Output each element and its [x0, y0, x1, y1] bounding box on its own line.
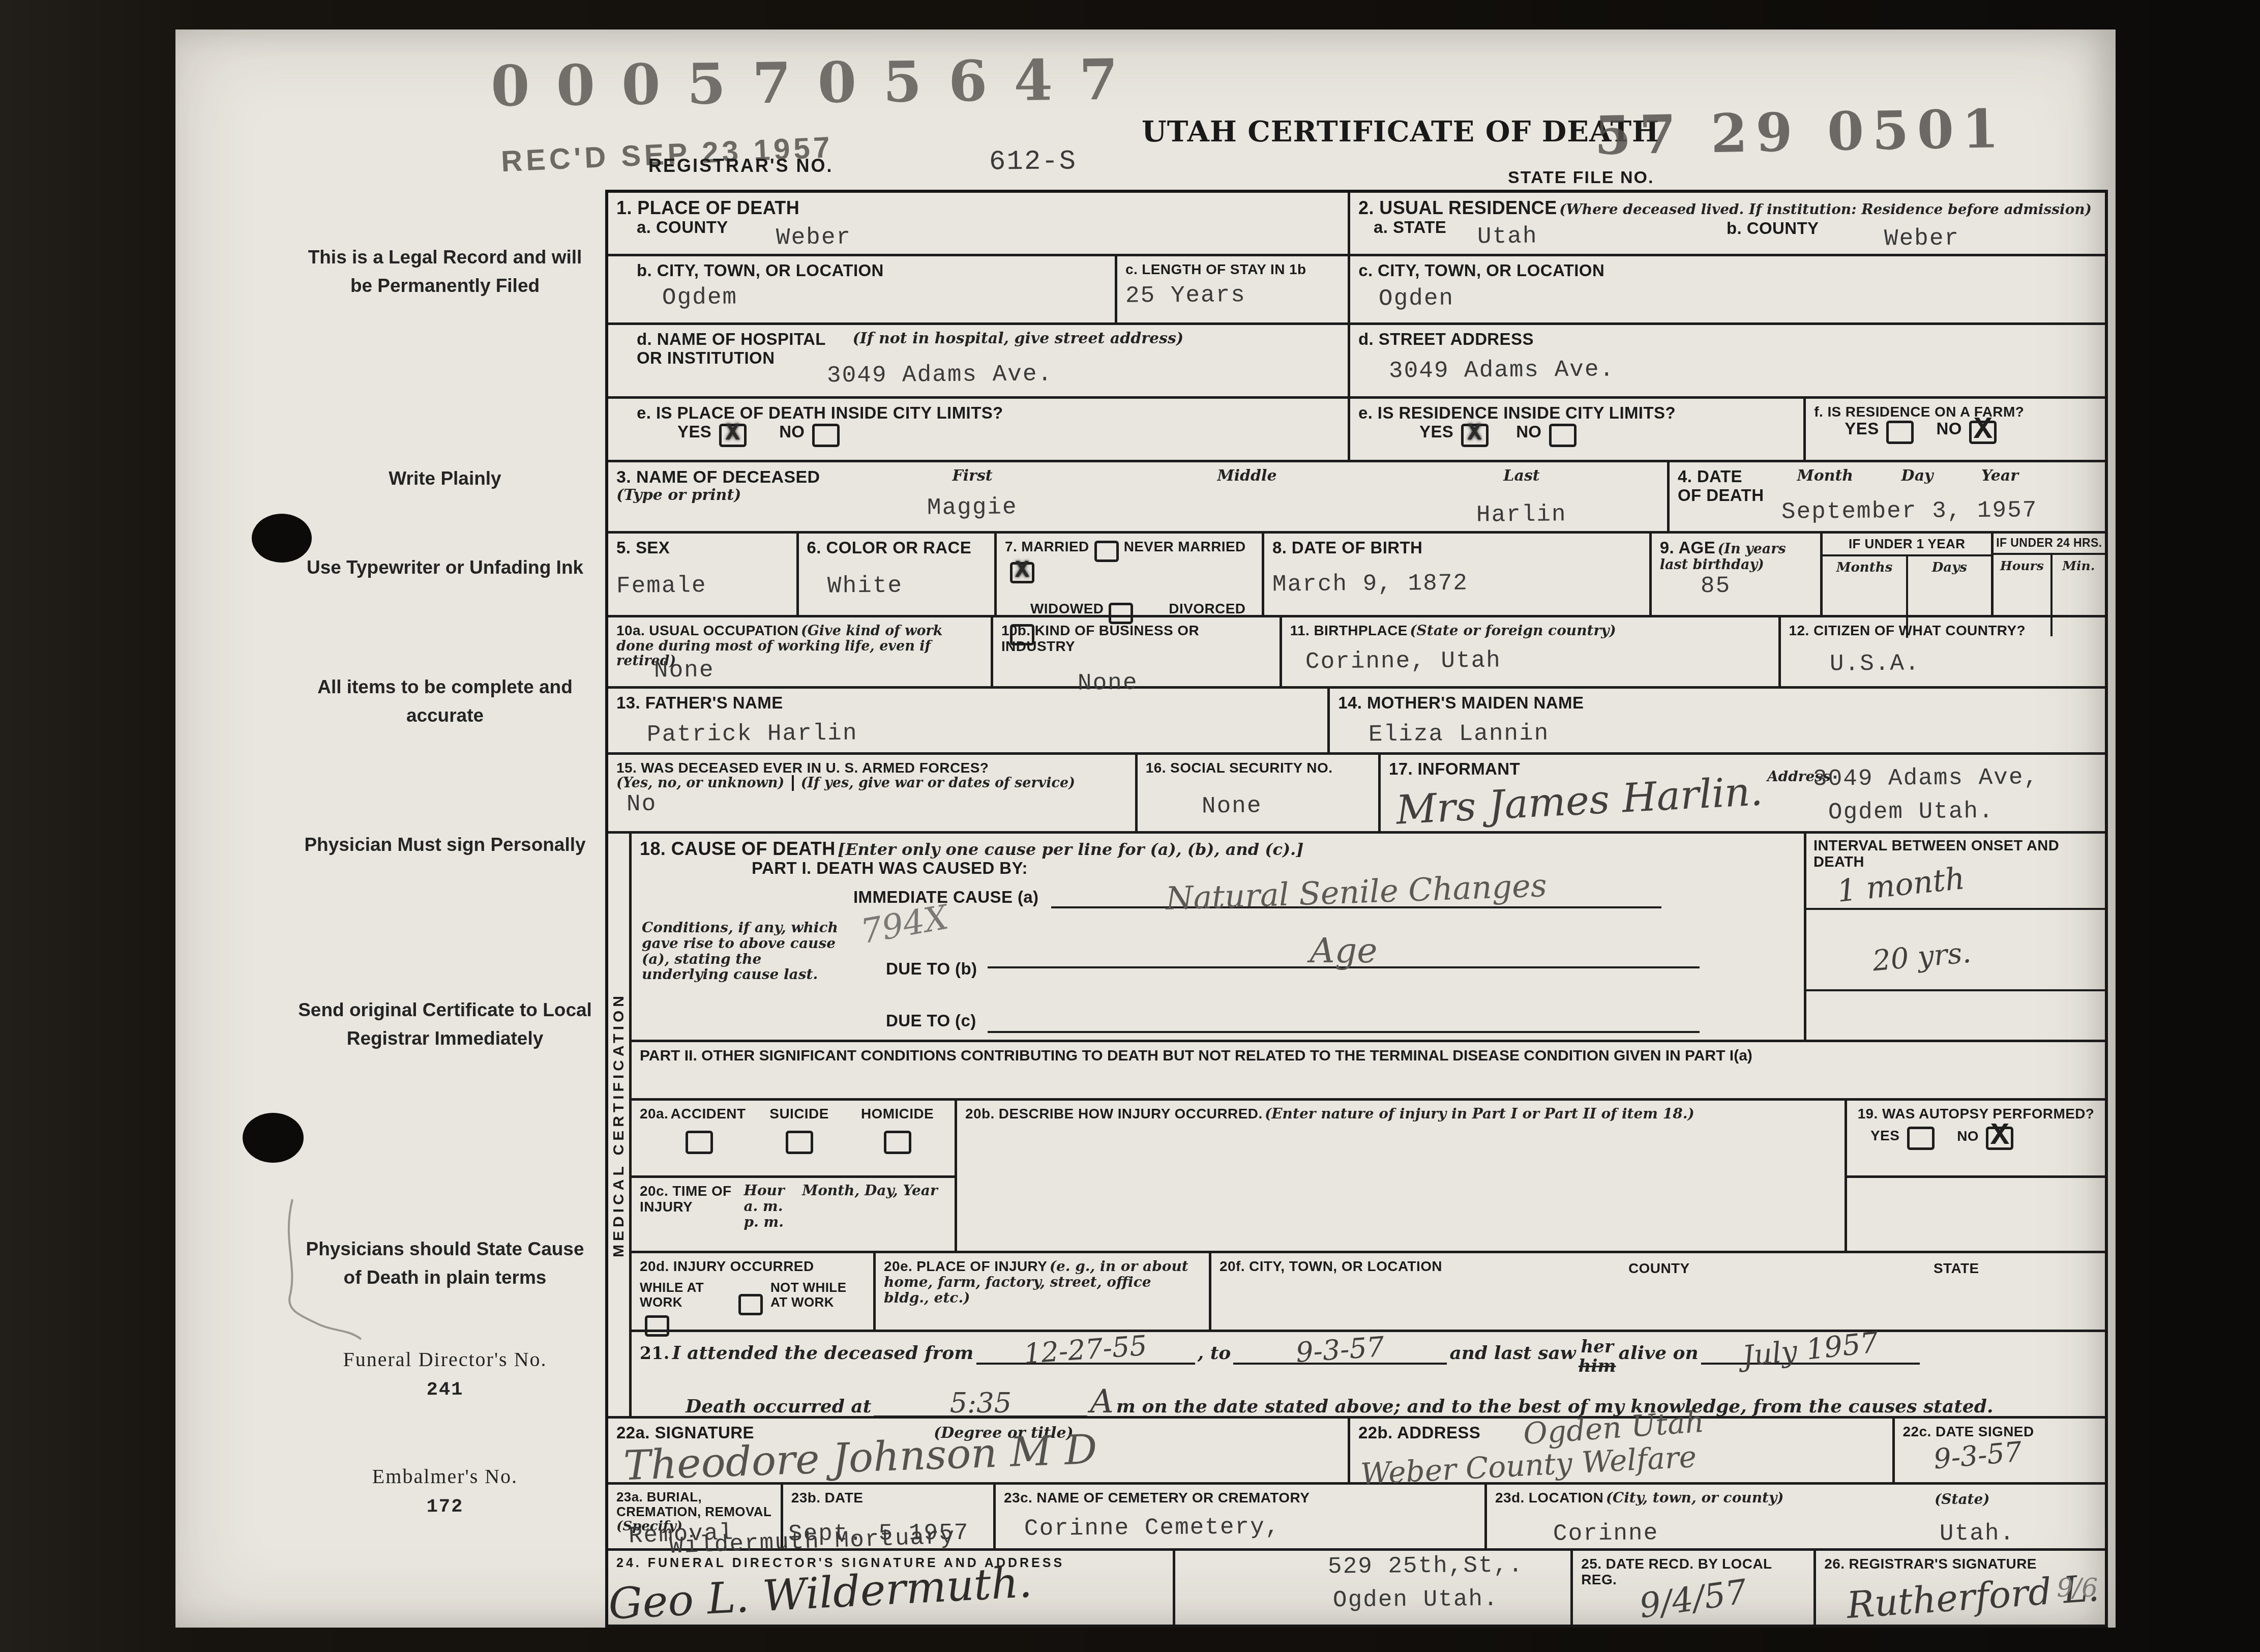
field-12-value: U.S.A.: [1829, 651, 1920, 677]
field-15-hint1: (Yes, no, or unknown): [616, 775, 784, 791]
margin-note-complete-accurate: All items to be complete and accurate: [298, 673, 592, 729]
field-3-first-value: Maggie: [927, 494, 1018, 521]
funeral-director-no-label: Funeral Director's No.: [298, 1344, 592, 1375]
margin-note-physician-sign: Physician Must sign Personally: [298, 831, 592, 859]
field-2f-yes-label: YES: [1845, 419, 1879, 438]
alive-on-line: July 1957: [1701, 1337, 1920, 1365]
embalmer-no-label: Embalmer's No.: [298, 1461, 592, 1492]
field-9-days-label: Days: [1932, 560, 1967, 575]
field-15-armed-forces: 15. WAS DECEASED EVER IN U. S. ARMED FOR…: [608, 755, 1138, 831]
field-1d-hint: (If not in hospital, give street address…: [852, 330, 1183, 347]
field-2f-no-label: NO: [1936, 419, 1961, 438]
margin-note-typewriter: Use Typewriter or Unfading Ink: [298, 553, 592, 582]
field-21-text6: m on the date stated above; and to the b…: [1116, 1396, 1994, 1417]
field-23d-hint2: (State): [1935, 1492, 1990, 1508]
field-20e-title: 20e. PLACE OF INJURY: [884, 1258, 1047, 1274]
field-2c-value: Ogden: [1379, 285, 1454, 312]
field-18-part1-label: PART I. DEATH WAS CAUSED BY:: [752, 859, 1028, 877]
margin-note-legal-record: This is a Legal Record and will be Perma…: [298, 243, 592, 300]
field-10a-occupation: 10a. USUAL OCCUPATION (Give kind of work…: [608, 617, 993, 686]
due-c-line: [988, 1000, 1700, 1033]
field-20a-suicide-label: SUICIDE: [769, 1106, 828, 1122]
field-16-title: 16. SOCIAL SECURITY NO.: [1146, 760, 1333, 776]
autopsy-no-checkbox: X: [1986, 1127, 2013, 1150]
serial-number-stamp: 0005705647: [490, 46, 1145, 119]
field-20d-at-work-label: WHILE AT WORK: [640, 1280, 704, 1310]
field-1b-city: b. CITY, TOWN, OR LOCATION Ogdem: [608, 256, 1117, 322]
field-2c-label: c. CITY, TOWN, OR LOCATION: [1358, 261, 1604, 280]
field-23a-title: 23a. BURIAL, CREMATION, REMOVAL: [616, 1489, 771, 1519]
field-9-value: 85: [1701, 572, 1731, 599]
field-10b-title: 10b. KIND OF BUSINESS OR INDUSTRY: [1001, 623, 1199, 654]
field-4-value: September 3, 1957: [1781, 497, 2038, 525]
field-24-funeral-director: Wildermuth Mortuary 24. FUNERAL DIRECTOR…: [608, 1551, 1175, 1625]
field-3-middle-label: Middle: [1217, 467, 1276, 485]
field-9-under1-label: IF UNDER 1 YEAR: [1823, 534, 1991, 556]
field-11-birthplace: 11. BIRTHPLACE (State or foreign country…: [1282, 617, 1781, 686]
field-7-married-label: MARRIED: [1021, 539, 1089, 554]
field-2e-label: e. IS RESIDENCE INSIDE CITY LIMITS?: [1358, 403, 1676, 422]
field-2f-no-checkbox: X: [1969, 421, 1997, 444]
field-14-mothers-maiden-name: 14. MOTHER'S MAIDEN NAME Eliza Lannin: [1330, 689, 2105, 752]
attended-to-line: 9-3-57: [1233, 1338, 1447, 1365]
field-1-title: 1. PLACE OF DEATH: [616, 197, 799, 218]
margin-note-send-original: Send original Certificate to Local Regis…: [298, 996, 592, 1052]
field-20e-place-of-injury: 20e. PLACE OF INJURY (e. g., in or about…: [876, 1253, 1211, 1330]
field-2e-yes-label: YES: [1419, 422, 1453, 441]
field-23c-cemetery: 23c. NAME OF CEMETERY OR CREMATORY Corin…: [996, 1485, 1487, 1548]
field-4-month-label: Month: [1797, 467, 1853, 485]
date-received-value: 9/4/57: [1637, 1572, 1749, 1626]
field-20b-hint: (Enter nature of injury in Part I or Par…: [1265, 1105, 1694, 1122]
field-9-months-label: Months: [1836, 560, 1893, 575]
field-2b-value: Weber: [1884, 225, 1959, 252]
field-2f-yes-checkbox: [1886, 421, 1914, 444]
field-13-title: 13. FATHER'S NAME: [616, 693, 783, 712]
field-2f-no-mark: X: [1974, 411, 1993, 448]
him-word-struck: him: [1579, 1357, 1616, 1376]
field-17-title: 17. INFORMANT: [1389, 759, 1520, 778]
field-26-registrar-signature: 26. REGISTRAR'S SIGNATURE Rutherford L. …: [1816, 1551, 2105, 1625]
state-file-no-label: STATE FILE NO.: [1508, 168, 1654, 187]
her-word: her: [1579, 1338, 1616, 1356]
field-1e-no-label: NO: [779, 422, 805, 441]
field-1e-yes-mark: X: [726, 420, 740, 447]
field-25-date-recd-local-reg: 25. DATE RECD. BY LOCAL REG. 9/4/57: [1573, 1551, 1816, 1625]
her-him-correction: her him: [1579, 1338, 1616, 1376]
field-21-num: 21.: [640, 1343, 670, 1363]
field-11-value: Corinne, Utah: [1305, 647, 1501, 675]
field-6-color-or-race: 6. COLOR OR RACE White: [799, 534, 997, 615]
field-8-title: 8. DATE OF BIRTH: [1272, 538, 1422, 557]
field-22c-date-signed: 22c. DATE SIGNED 9-3-57: [1895, 1419, 2105, 1482]
field-2e-yes-mark: X: [1468, 420, 1482, 447]
field-8-date-of-birth: 8. DATE OF BIRTH March 9, 1872: [1264, 534, 1652, 615]
field-18-conditions-note: Conditions, if any, which gave rise to a…: [642, 920, 845, 983]
field-1e-label: e. IS PLACE OF DEATH INSIDE CITY LIMITS?: [637, 403, 1003, 422]
field-1e-yes-label: YES: [677, 422, 711, 441]
field-2e-no-label: NO: [1516, 422, 1541, 441]
field-2d-label: d. STREET ADDRESS: [1358, 330, 1534, 348]
field-2e-no-checkbox: [1549, 424, 1577, 447]
field-4-date-of-death: 4. DATE OF DEATH Month Day Year Septembe…: [1670, 462, 2105, 531]
field-4-title: 4. DATE OF DEATH: [1678, 467, 1764, 505]
attended-from-line: 12-27-55: [976, 1338, 1195, 1365]
field-6-value: White: [827, 572, 902, 599]
field-7-never-mark: X: [1015, 557, 1029, 584]
field-9-hours-label: Hours: [2000, 558, 2044, 573]
field-2-title: 2. USUAL RESIDENCE: [1358, 197, 1557, 218]
field-1e-yes-checkbox: X: [719, 424, 747, 447]
field-10b-business: 10b. KIND OF BUSINESS OR INDUSTRY None: [993, 617, 1282, 686]
attended-to-value: 9-3-57: [1295, 1335, 1385, 1366]
field-22b-title: 22b. ADDRESS: [1358, 1423, 1480, 1442]
field-23d-location: 23d. LOCATION (City, town, or county) (S…: [1487, 1485, 2105, 1548]
certificate-title: UTAH CERTIFICATE OF DEATH: [1142, 115, 1659, 149]
field-11-title: 11. BIRTHPLACE: [1290, 623, 1408, 638]
field-20f-state-label: STATE: [1934, 1260, 1979, 1276]
field-17-informant: 17. INFORMANT Mrs James Harlin. Address …: [1381, 755, 2105, 831]
homicide-checkbox: [884, 1131, 911, 1154]
field-3-hint: (Type or print): [616, 486, 741, 504]
funeral-director-no-value: 241: [298, 1375, 592, 1406]
field-18-due-c-label: DUE TO (c): [886, 1012, 976, 1030]
field-19-autopsy: 19. WAS AUTOPSY PERFORMED? YES NO X: [1847, 1101, 2105, 1178]
certificate-form: 1. PLACE OF DEATH a. COUNTY Weber 2. USU…: [605, 190, 2108, 1628]
field-2d-street-address: d. STREET ADDRESS 3049 Adams Ave.: [1350, 325, 2105, 396]
field-18-part2-label: PART II. OTHER SIGNIFICANT CONDITIONS CO…: [640, 1047, 1752, 1064]
medical-certification-content: 18. CAUSE OF DEATH [Enter only one cause…: [632, 834, 2105, 1416]
field-5-sex: 5. SEX Female: [608, 534, 799, 615]
field-10a-value: None: [654, 657, 715, 684]
field-3-last-value: Harlin: [1476, 501, 1567, 528]
field-23d-city-value: Corinne: [1553, 1520, 1659, 1547]
registrar-no-label: REGISTRAR'S NO.: [648, 156, 834, 176]
medical-certification-sidebar: MEDICAL CERTIFICATION: [608, 834, 632, 1416]
field-20a-num: 20a.: [640, 1106, 668, 1122]
field-5-title: 5. SEX: [616, 538, 670, 557]
field-9-min-label: Min.: [2062, 558, 2095, 573]
field-20c-mdy-label: Month, Day, Year: [802, 1182, 938, 1199]
field-3-name-of-deceased: 3. NAME OF DECEASED (Type or print) Firs…: [608, 462, 1670, 531]
field-20a-homicide-label: HOMICIDE: [861, 1106, 934, 1122]
field-20b-title: 20b. DESCRIBE HOW INJURY OCCURRED.: [965, 1106, 1263, 1122]
interval-b-value: 20 yrs.: [1871, 936, 1973, 978]
registrar-date-note: 9/6: [2057, 1573, 2098, 1603]
at-work-checkbox: [738, 1294, 763, 1315]
immediate-cause-line: Natural Senile Changes: [1051, 878, 1661, 908]
field-26-title: 26. REGISTRAR'S SIGNATURE: [1824, 1556, 2037, 1572]
due-b-line: Age: [988, 935, 1700, 968]
field-7-widowed-label: WIDOWED: [1030, 601, 1104, 616]
field-7-num: 7.: [1005, 539, 1017, 554]
field-7-never-label: NEVER MARRIED: [1124, 539, 1246, 554]
field-12-citizen: 12. CITIZEN OF WHAT COUNTRY? U.S.A.: [1781, 617, 2105, 686]
field-20c-hour-label: Hour: [744, 1182, 784, 1199]
field-20d-injury-occurred: 20d. INJURY OCCURRED WHILE AT WORK NOT W…: [632, 1253, 876, 1330]
field-2b-label: b. COUNTY: [1727, 219, 1819, 238]
field-7-married-checkbox: [1094, 541, 1119, 562]
field-1b-value: Ogdem: [662, 284, 737, 311]
field-15-hint2: (If yes, give war or dates of service): [792, 775, 1075, 791]
attended-from-value: 12-27-55: [1023, 1334, 1148, 1367]
field-14-value: Eliza Lannin: [1369, 720, 1550, 748]
field-6-title: 6. COLOR OR RACE: [807, 538, 972, 557]
field-19-title: 19. WAS AUTOPSY PERFORMED?: [1855, 1106, 2097, 1122]
field-21-text2: , to: [1198, 1342, 1231, 1364]
field-1d-hospital: d. NAME OF HOSPITAL OR INSTITUTION (If n…: [608, 325, 1350, 396]
field-9-under24-label: IF UNDER 24 HRS.: [1994, 534, 2105, 555]
field-2f-label: f. IS RESIDENCE ON A FARM?: [1814, 404, 2024, 420]
field-2a-value: Utah: [1477, 223, 1538, 250]
field-19-no-label: NO: [1957, 1128, 1979, 1144]
field-1e-no-checkbox: [812, 424, 840, 447]
field-20f-county-label: COUNTY: [1628, 1260, 1690, 1276]
field-24-address-area: 529 25th,St,. Ogden Utah.: [1175, 1551, 1573, 1625]
informant-address-line1: 3049 Adams Ave,: [1813, 764, 2039, 792]
field-7-divorced-label: DIVORCED: [1169, 601, 1245, 616]
field-22a-signature: 22a. SIGNATURE (Degree or title) Theodor…: [608, 1419, 1350, 1482]
field-20c-pm-label: p. m.: [744, 1214, 783, 1230]
medical-certification-vertical-label: MEDICAL CERTIFICATION: [610, 992, 628, 1257]
immediate-cause-value: Natural Senile Changes: [1165, 871, 1547, 913]
field-9-title: 9. AGE: [1660, 538, 1715, 557]
date-signed-value: 9-3-57: [1932, 1436, 2023, 1476]
field-15-value: No: [627, 791, 657, 817]
field-18-hint: [Enter only one cause per line for (a), …: [838, 840, 1303, 859]
field-20c-title: 20c. TIME OF INJURY: [640, 1183, 741, 1215]
field-18-immediate-label: IMMEDIATE CAUSE (a): [853, 888, 1039, 906]
field-20d-title: 20d. INJURY OCCURRED: [640, 1258, 814, 1274]
accident-checkbox: [686, 1131, 713, 1154]
death-time-value: 5:35: [950, 1387, 1012, 1419]
field-21-attended-statement: 21. I attended the deceased from 12-27-5…: [632, 1332, 2105, 1419]
field-9-age: 9. AGE (In years last birthday) 85: [1652, 534, 1823, 615]
field-20b-describe-injury: 20b. DESCRIBE HOW INJURY OCCURRED. (Ente…: [957, 1101, 1847, 1251]
field-20f-city-county-state: 20f. CITY, TOWN, OR LOCATION COUNTY STAT…: [1211, 1253, 2105, 1330]
margin-note-write-plainly: Write Plainly: [298, 464, 592, 493]
interval-column: INTERVAL BETWEEN ONSET AND DEATH 1 month…: [1806, 834, 2105, 1040]
field-12-title: 12. CITIZEN OF WHAT COUNTRY?: [1789, 623, 2026, 638]
field-1e-city-limits: e. IS PLACE OF DEATH INSIDE CITY LIMITS?…: [608, 399, 1350, 460]
field-23d-hint1: (City, town, or county): [1606, 1489, 1784, 1506]
field-9-under-24-hrs: IF UNDER 24 HRS. Hours Min.: [1994, 534, 2105, 615]
margin-note-plain-terms: Physicians should State Cause of Death i…: [298, 1235, 592, 1291]
state-file-no-value: 57 29 0501: [1594, 97, 2007, 167]
field-7-never-checkbox: X: [1010, 562, 1034, 583]
punch-hole-bottom: [243, 1113, 304, 1163]
field-19-yes-label: YES: [1870, 1128, 1899, 1144]
field-20c-am-label: a. m.: [744, 1198, 783, 1215]
field-1-place-of-death: 1. PLACE OF DEATH a. COUNTY Weber: [608, 193, 1350, 254]
field-23c-value: Corinne Cemetery,: [1024, 1514, 1281, 1543]
field-11-hint: (State or foreign country): [1410, 622, 1616, 639]
field-21-text3: and last saw: [1450, 1342, 1576, 1364]
due-b-value: Age: [1310, 931, 1378, 971]
field-21-text5: Death occurred at: [686, 1396, 871, 1417]
field-8-value: March 9, 1872: [1272, 570, 1468, 598]
field-23d-title: 23d. LOCATION: [1495, 1490, 1603, 1506]
field-23c-title: 23c. NAME OF CEMETERY OR CREMATORY: [1004, 1490, 1310, 1506]
field-2e-city-limits: e. IS RESIDENCE INSIDE CITY LIMITS? YES …: [1350, 399, 1806, 460]
field-5-value: Female: [616, 572, 707, 599]
field-4-year-label: Year: [1981, 467, 2018, 485]
scanned-death-certificate: This is a Legal Record and will be Perma…: [0, 0, 2260, 1652]
field-21-text1: I attended the deceased from: [672, 1342, 974, 1364]
field-1a-label: a. COUNTY: [637, 218, 728, 237]
field-4-day-label: Day: [1901, 467, 1934, 485]
field-21-text4: alive on: [1619, 1342, 1699, 1364]
field-1c-label: c. LENGTH OF STAY IN 1b: [1125, 261, 1306, 277]
field-1c-value: 25 Years: [1125, 282, 1246, 310]
field-9-under-1-year: IF UNDER 1 YEAR Months Days: [1823, 534, 1994, 615]
funeral-address-line2: Ogden Utah.: [1333, 1586, 1499, 1613]
field-2-hint: (Where deceased lived. If institution: R…: [1559, 201, 2092, 218]
field-18-cause-of-death: 18. CAUSE OF DEATH [Enter only one cause…: [632, 834, 1806, 1040]
certificate-paper: This is a Legal Record and will be Perma…: [175, 29, 2116, 1628]
field-20f-title: 20f. CITY, TOWN, OR LOCATION: [1220, 1258, 1442, 1274]
field-15-title: 15. WAS DECEASED EVER IN U. S. ARMED FOR…: [616, 760, 989, 776]
field-1d-label: d. NAME OF HOSPITAL OR INSTITUTION: [637, 330, 850, 368]
field-10a-title: 10a. USUAL OCCUPATION: [616, 623, 798, 638]
field-20a-accident-label: ACCIDENT: [671, 1106, 746, 1122]
field-20a-accident-suicide-homicide: 20a. ACCIDENT SUICIDE HOMICIDE: [632, 1101, 955, 1178]
field-20c-time-of-injury: 20c. TIME OF INJURY Hour a. m. p. m. Mon…: [632, 1178, 955, 1251]
field-1b-label: b. CITY, TOWN, OR LOCATION: [637, 261, 884, 280]
field-2f-farm: f. IS RESIDENCE ON A FARM? YES NO X: [1806, 399, 2105, 460]
field-20d-not-at-work-label: NOT WHILE AT WORK: [770, 1280, 846, 1310]
field-18-title: 18. CAUSE OF DEATH: [640, 838, 836, 859]
field-18-due-b-label: DUE TO (b): [886, 960, 977, 979]
field-3-first-label: First: [952, 467, 992, 485]
suicide-checkbox: [786, 1131, 813, 1154]
field-22b-address: 22b. ADDRESS Ogden Utah Weber County Wel…: [1350, 1419, 1895, 1482]
field-2d-value: 3049 Adams Ave.: [1389, 356, 1615, 384]
field-13-fathers-name: 13. FATHER'S NAME Patrick Harlin: [608, 689, 1330, 752]
field-1c-length-of-stay: c. LENGTH OF STAY IN 1b 25 Years: [1117, 256, 1350, 322]
field-2-usual-residence: 2. USUAL RESIDENCE (Where deceased lived…: [1350, 193, 2105, 254]
field-19-empty-space: [1847, 1178, 2105, 1251]
field-16-social-security: 16. SOCIAL SECURITY NO. None: [1138, 755, 1381, 831]
field-3-last-label: Last: [1503, 467, 1539, 485]
embalmer-no-value: 172: [298, 1492, 592, 1523]
field-2c-city: c. CITY, TOWN, OR LOCATION Ogden: [1350, 256, 2105, 322]
informant-address-line2: Ogdem Utah.: [1828, 798, 1994, 825]
field-14-title: 14. MOTHER'S MAIDEN NAME: [1338, 693, 1584, 712]
field-13-value: Patrick Harlin: [647, 720, 858, 748]
field-1d-value: 3049 Adams Ave.: [827, 361, 1053, 389]
field-7-marital-status: 7. MARRIED NEVER MARRIED X WIDOWED DIVOR…: [997, 534, 1264, 615]
interval-c-empty: [1806, 991, 2105, 1040]
field-16-value: None: [1202, 793, 1262, 820]
field-3-title: 3. NAME OF DECEASED: [616, 467, 820, 487]
informant-signature: Mrs James Harlin.: [1395, 769, 1764, 834]
death-time-line: 5:35: [874, 1391, 1087, 1418]
autopsy-no-mark: X: [1990, 1117, 2009, 1154]
field-1a-value: Weber: [776, 224, 851, 251]
field-23b-title: 23b. DATE: [791, 1490, 864, 1506]
field-23d-state-value: Utah.: [1940, 1520, 2015, 1547]
autopsy-yes-checkbox: [1907, 1127, 1935, 1150]
registrar-no-value: 612-S: [989, 146, 1077, 178]
field-2a-label: a. STATE: [1374, 218, 1446, 237]
ampm-value: A: [1090, 1383, 1114, 1421]
field-18-part2: PART II. OTHER SIGNIFICANT CONDITIONS CO…: [632, 1042, 2105, 1098]
funeral-address-line1: 529 25th,St,.: [1328, 1552, 1524, 1580]
alive-on-value: July 1957: [1741, 1330, 1880, 1370]
field-2e-yes-checkbox: X: [1461, 424, 1489, 447]
